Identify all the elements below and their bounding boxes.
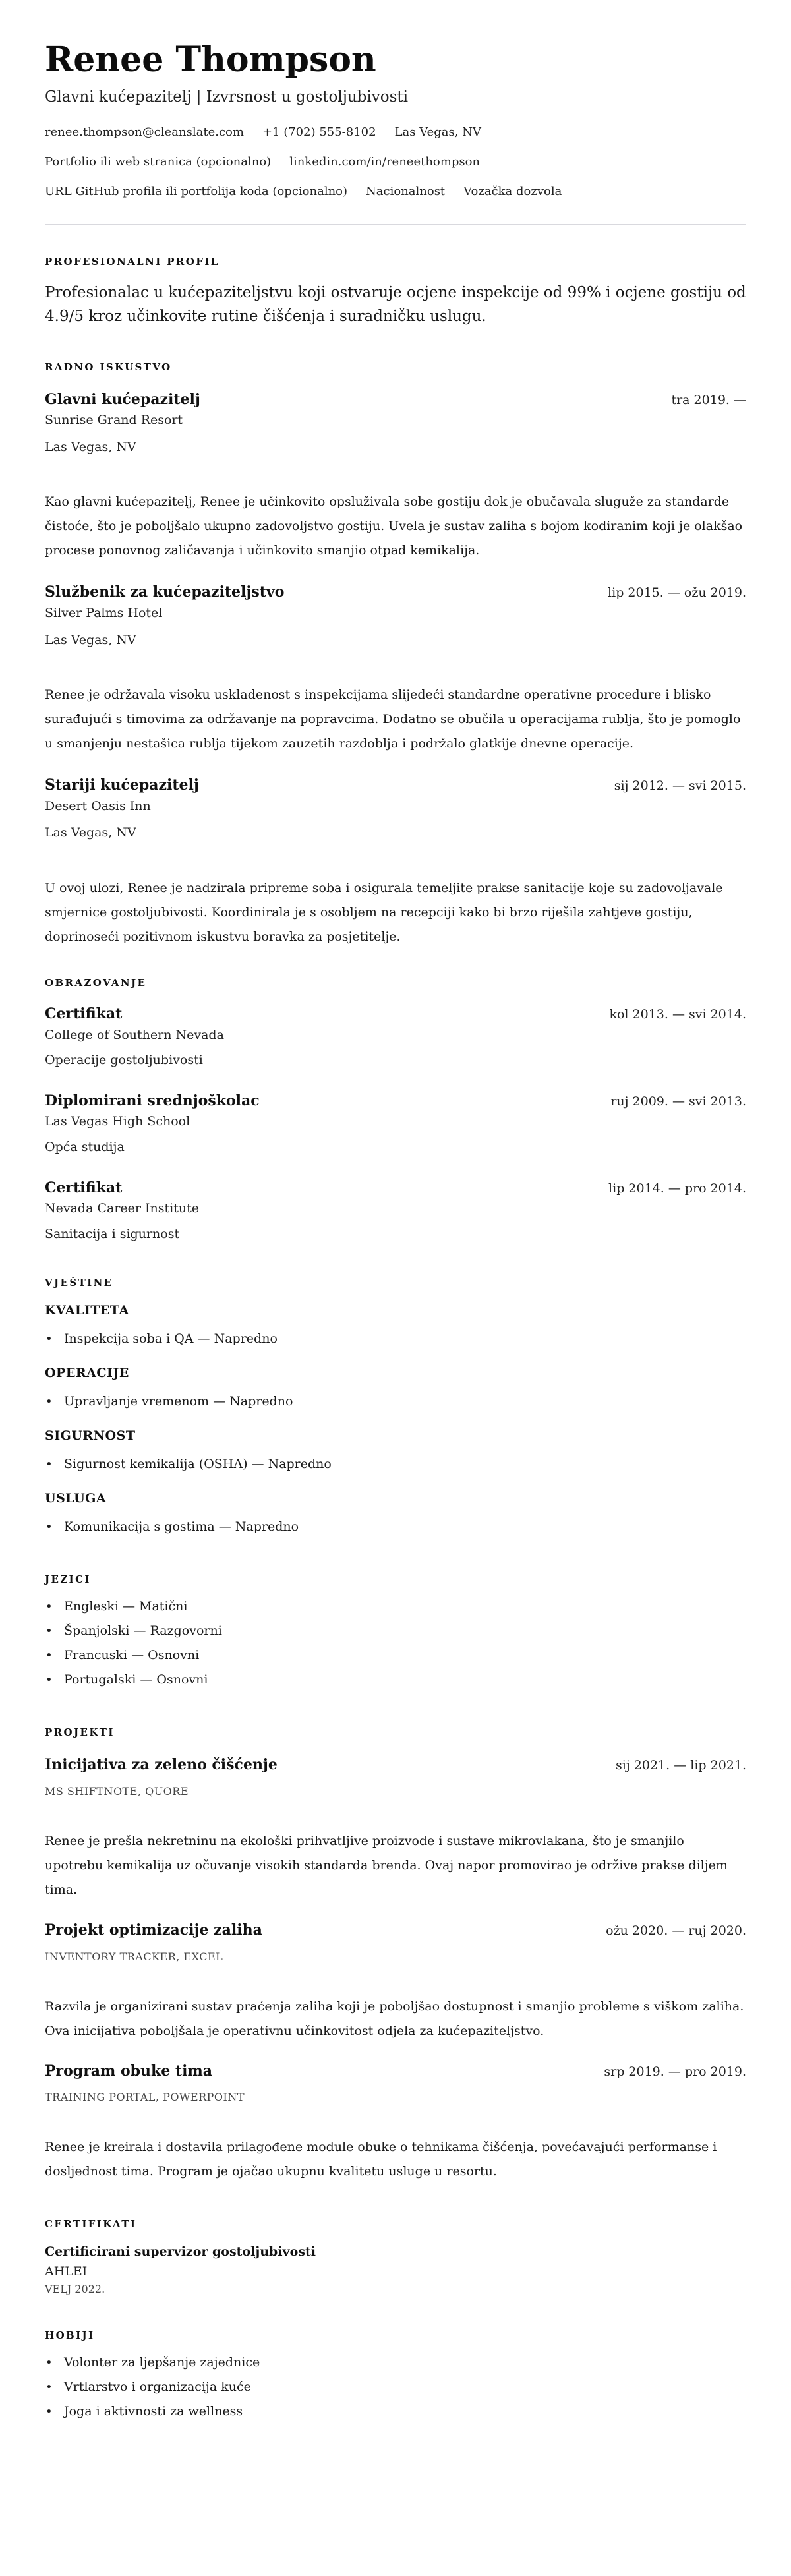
- job-description: Kao glavni kućepazitelj, Renee je učinko…: [45, 490, 746, 563]
- job-title: Službenik za kućepaziteljstvo: [45, 583, 284, 602]
- education-entry: Certifikat kol 2013. — svi 2014. College…: [45, 1005, 746, 1069]
- job-location: Las Vegas, NV: [45, 824, 746, 842]
- section-title: Vještine: [45, 1277, 746, 1289]
- job-location: Las Vegas, NV: [45, 438, 746, 456]
- profile-summary: Profesionalac u kućepaziteljstvu koji os…: [45, 281, 746, 328]
- project-dates: srp 2019. — pro 2019.: [604, 2064, 746, 2079]
- school: College of Southern Nevada: [45, 1026, 746, 1044]
- header-divider: [45, 224, 746, 225]
- education-dates: ruj 2009. — svi 2013.: [610, 1094, 746, 1109]
- language-list: Engleski — Matični Španjolski — Razgovor…: [45, 1595, 746, 1692]
- project-name: Projekt optimizacije zaliha: [45, 1921, 262, 1940]
- nationality: Nacionalnost: [366, 183, 445, 200]
- education-dates: lip 2014. — pro 2014.: [608, 1181, 746, 1196]
- job-location: Las Vegas, NV: [45, 631, 746, 649]
- skill-list: Komunikacija s gostima — Napredno: [45, 1515, 746, 1539]
- languages-section: Jezici Engleski — Matični Španjolski — R…: [45, 1573, 746, 1692]
- certificate-date: velj 2022.: [45, 2283, 746, 2295]
- skill-category: USLUGA: [45, 1491, 746, 1506]
- field-of-study: Opća studija: [45, 1138, 746, 1156]
- skill-category: OPERACIJE: [45, 1366, 746, 1380]
- experience-entry: Službenik za kućepaziteljstvo lip 2015. …: [45, 583, 746, 756]
- skill-item: Komunikacija s gostima — Napredno: [45, 1515, 746, 1539]
- skill-list: Upravljanje vremenom — Napredno: [45, 1390, 746, 1414]
- project-description: Renee je prešla nekretninu na ekološki p…: [45, 1829, 746, 1902]
- education-entry: Diplomirani srednjoškolac ruj 2009. — sv…: [45, 1092, 746, 1156]
- email[interactable]: renee.thompson@cleanslate.com: [45, 124, 244, 140]
- degree: Certifikat: [45, 1005, 122, 1024]
- section-title: Hobiji: [45, 2329, 746, 2341]
- projects-section: Projekti Inicijativa za zeleno čišćenje …: [45, 1726, 746, 2184]
- skill-category: SIGURNOST: [45, 1428, 746, 1443]
- location: Las Vegas, NV: [395, 124, 481, 140]
- contact-row-2: Portfolio ili web stranica (opcionalno) …: [45, 154, 746, 170]
- education-section: Obrazovanje Certifikat kol 2013. — svi 2…: [45, 977, 746, 1243]
- job-title: Stariji kućepazitelj: [45, 776, 199, 795]
- section-title: Projekti: [45, 1726, 746, 1738]
- job-description: U ovoj ulozi, Renee je nadzirala priprem…: [45, 876, 746, 949]
- project-entry: Inicijativa za zeleno čišćenje sij 2021.…: [45, 1755, 746, 1902]
- resume-header: Renee Thompson Glavni kućepazitelj | Izv…: [45, 41, 746, 200]
- language-item: Francuski — Osnovni: [45, 1643, 746, 1668]
- language-item: Portugalski — Osnovni: [45, 1668, 746, 1692]
- skills-section: Vještine KVALITETA Inspekcija soba i QA …: [45, 1277, 746, 1539]
- language-item: Engleski — Matični: [45, 1595, 746, 1619]
- education-dates: kol 2013. — svi 2014.: [609, 1007, 746, 1022]
- certificates-section: Certifikati Certificirani supervizor gos…: [45, 2218, 746, 2295]
- hobbies-section: Hobiji Volonter za ljepšanje zajednice V…: [45, 2329, 746, 2424]
- education-entry: Certifikat lip 2014. — pro 2014. Nevada …: [45, 1179, 746, 1243]
- experience-section: Radno iskustvo Glavni kućepazitelj tra 2…: [45, 361, 746, 949]
- skill-item: Inspekcija soba i QA — Napredno: [45, 1327, 746, 1351]
- hobby-item: Vrtlarstvo i organizacija kuće: [45, 2375, 746, 2399]
- hobby-list: Volonter za ljepšanje zajednice Vrtlarst…: [45, 2351, 746, 2424]
- experience-entry: Stariji kućepazitelj sij 2012. — svi 201…: [45, 776, 746, 949]
- project-tech: Training Portal, PowerPoint: [45, 2091, 746, 2103]
- company: Silver Palms Hotel: [45, 604, 746, 622]
- hobby-item: Volonter za ljepšanje zajednice: [45, 2351, 746, 2375]
- certificate-issuer: AHLEI: [45, 2264, 746, 2279]
- project-dates: sij 2021. — lip 2021.: [616, 1758, 746, 1772]
- project-tech: MS ShiftNote, Quore: [45, 1785, 746, 1798]
- skill-list: Sigurnost kemikalija (OSHA) — Napredno: [45, 1452, 746, 1477]
- job-dates: lip 2015. — ožu 2019.: [608, 585, 746, 600]
- project-description: Razvila je organizirani sustav praćenja …: [45, 1995, 746, 2043]
- field-of-study: Operacije gostoljubivosti: [45, 1051, 746, 1069]
- candidate-name: Renee Thompson: [45, 41, 746, 78]
- skill-list: Inspekcija soba i QA — Napredno: [45, 1327, 746, 1351]
- project-dates: ožu 2020. — ruj 2020.: [606, 1923, 746, 1938]
- company: Desert Oasis Inn: [45, 798, 746, 815]
- project-entry: Projekt optimizacije zaliha ožu 2020. — …: [45, 1921, 746, 2043]
- project-name: Program obuke tima: [45, 2062, 212, 2081]
- headline: Glavni kućepazitelj | Izvrsnost u gostol…: [45, 88, 746, 107]
- contact-row-3: URL GitHub profila ili portfolija koda (…: [45, 183, 746, 200]
- project-description: Renee je kreirala i dostavila prilagođen…: [45, 2135, 746, 2184]
- language-item: Španjolski — Razgovorni: [45, 1619, 746, 1643]
- profile-section: Profesionalni profil Profesionalac u kuć…: [45, 256, 746, 328]
- skill-category: KVALITETA: [45, 1303, 746, 1318]
- school: Nevada Career Institute: [45, 1200, 746, 1217]
- job-dates: tra 2019. —: [671, 393, 746, 407]
- project-entry: Program obuke tima srp 2019. — pro 2019.…: [45, 2062, 746, 2184]
- job-dates: sij 2012. — svi 2015.: [614, 778, 746, 793]
- section-title: Profesionalni profil: [45, 256, 746, 268]
- certificate-name: Certificirani supervizor gostoljubivosti: [45, 2244, 746, 2259]
- hobby-item: Joga i aktivnosti za wellness: [45, 2399, 746, 2424]
- school: Las Vegas High School: [45, 1113, 746, 1130]
- github-link[interactable]: URL GitHub profila ili portfolija koda (…: [45, 183, 347, 200]
- degree: Certifikat: [45, 1179, 122, 1198]
- company: Sunrise Grand Resort: [45, 411, 746, 429]
- section-title: Obrazovanje: [45, 977, 746, 989]
- skill-item: Upravljanje vremenom — Napredno: [45, 1390, 746, 1414]
- portfolio-link[interactable]: Portfolio ili web stranica (opcionalno): [45, 154, 271, 170]
- linkedin-link[interactable]: linkedin.com/in/reneethompson: [289, 154, 480, 170]
- phone[interactable]: +1 (702) 555-8102: [262, 124, 376, 140]
- project-tech: Inventory Tracker, Excel: [45, 1950, 746, 1963]
- drivers-license: Vozačka dozvola: [463, 183, 562, 200]
- field-of-study: Sanitacija i sigurnost: [45, 1225, 746, 1243]
- job-title: Glavni kućepazitelj: [45, 390, 200, 409]
- contact-row-1: renee.thompson@cleanslate.com +1 (702) 5…: [45, 124, 746, 140]
- job-description: Renee je održavala visoku usklađenost s …: [45, 683, 746, 756]
- project-name: Inicijativa za zeleno čišćenje: [45, 1755, 278, 1774]
- resume-page: Renee Thompson Glavni kućepazitelj | Izv…: [0, 0, 791, 2463]
- section-title: Jezici: [45, 1573, 746, 1585]
- skill-item: Sigurnost kemikalija (OSHA) — Napredno: [45, 1452, 746, 1477]
- experience-entry: Glavni kućepazitelj tra 2019. — Sunrise …: [45, 390, 746, 564]
- degree: Diplomirani srednjoškolac: [45, 1092, 260, 1111]
- section-title: Certifikati: [45, 2218, 746, 2230]
- section-title: Radno iskustvo: [45, 361, 746, 373]
